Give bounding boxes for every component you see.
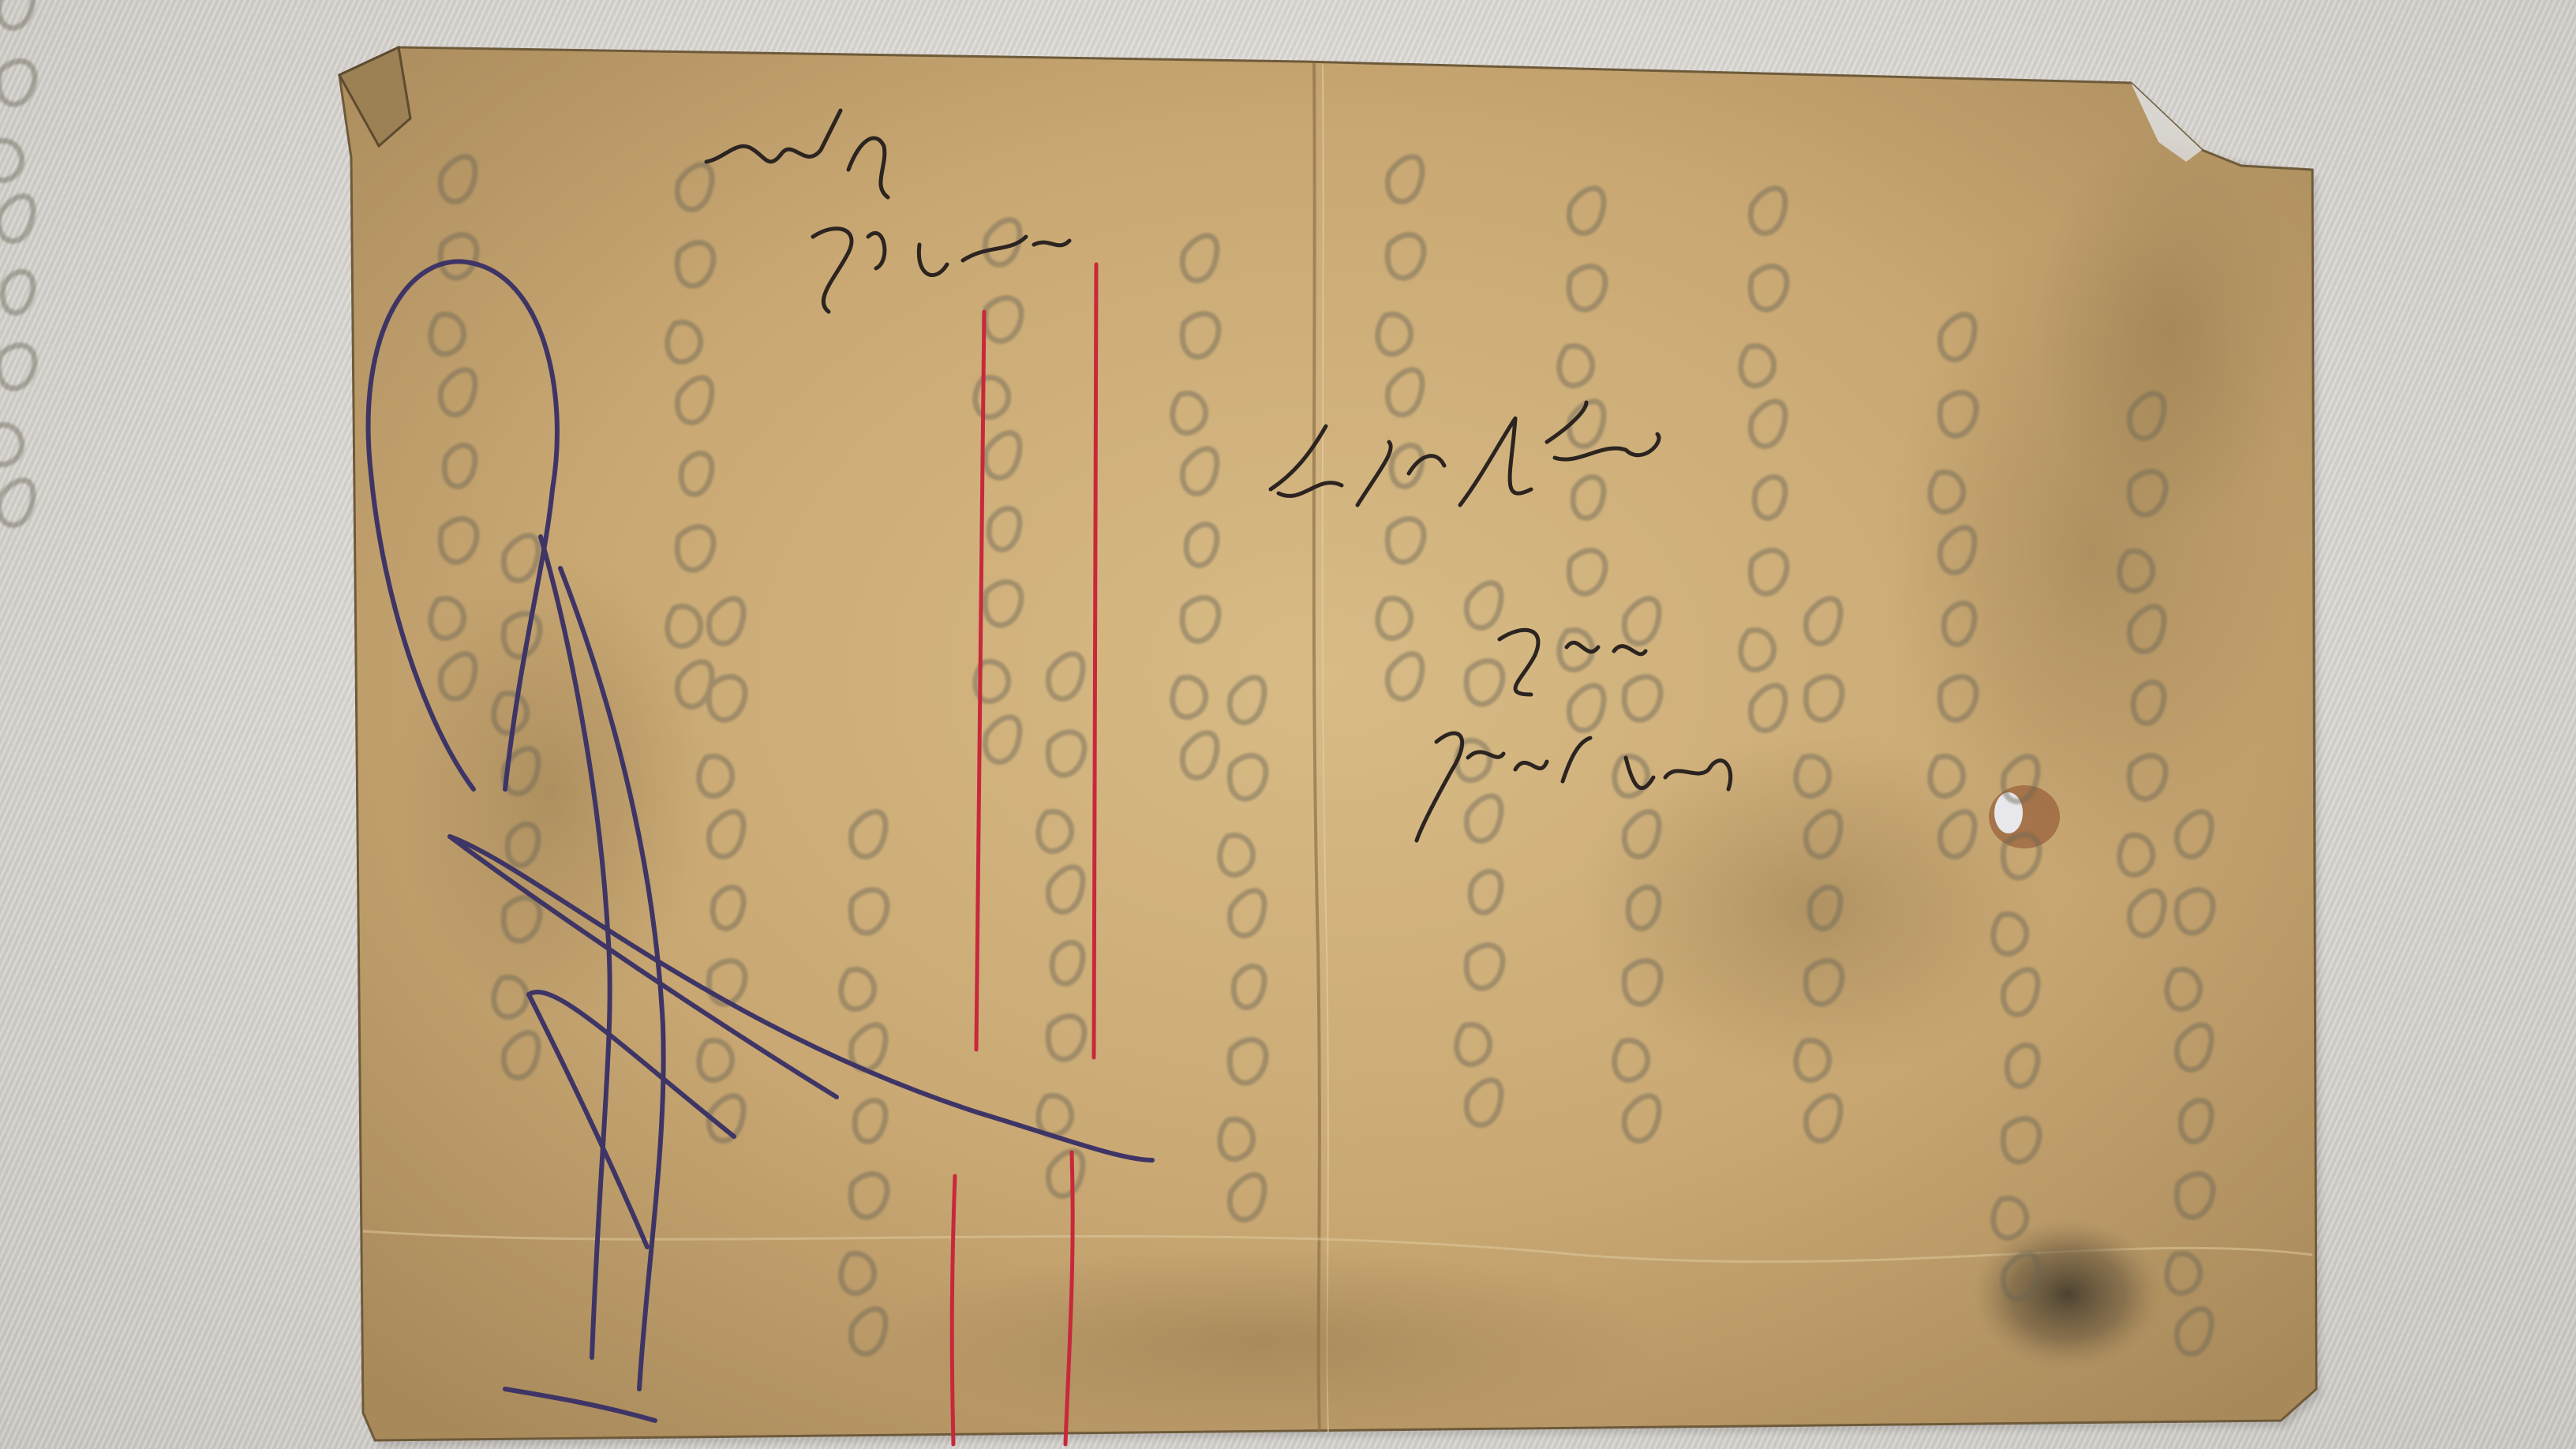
mold-stain [1973, 1219, 2162, 1369]
document-photo [0, 0, 2576, 1449]
red-line-2 [1094, 264, 1096, 1058]
photo-scene: Aged handwritten document on paper, phot… [0, 0, 2576, 1449]
